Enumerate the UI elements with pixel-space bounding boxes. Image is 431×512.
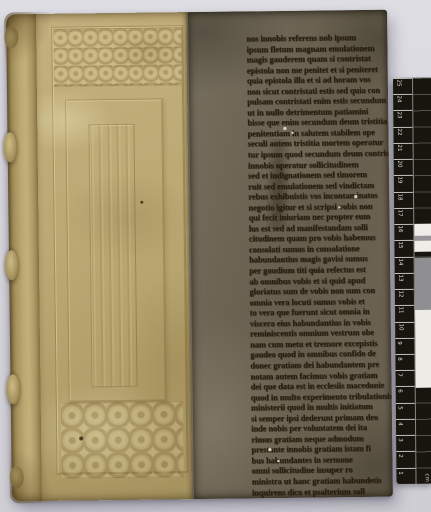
ruler-cm-cell: 11 — [395, 305, 414, 321]
ruler-cm-cell: 23 — [393, 110, 412, 126]
ruler-cm-cell: 12 — [395, 289, 414, 305]
ruler-number: 2 — [397, 455, 403, 459]
grayscale-patch-divider-line — [414, 236, 431, 241]
ruler-cm-cell: 7 — [396, 370, 415, 386]
ruler-cm-cell: 6 — [396, 386, 415, 402]
spine-endband-top — [4, 26, 18, 48]
ruler-number: 7 — [396, 373, 402, 377]
ruler-number: 8 — [396, 357, 402, 361]
manuscript-text-line: citudinem quam pro vobis habemus — [249, 231, 393, 244]
ruler-cm-cell: 15 — [394, 240, 413, 256]
ruler-number: 19 — [396, 177, 402, 184]
ruler-number: 25 — [396, 79, 402, 86]
ruler-cm-cell: 3 — [396, 435, 415, 451]
ruler-cm-cell: 22 — [393, 127, 412, 143]
ruler-cm-cell: 14 — [395, 256, 414, 272]
parchment-speck — [338, 206, 340, 208]
vellum-cover — [36, 12, 192, 501]
ruler-number: 21 — [396, 144, 402, 151]
ruler-number: 1 — [397, 471, 403, 475]
parchment-speck — [283, 127, 286, 130]
ruler-number: 23 — [396, 112, 402, 119]
ruler-unit-label: cm — [423, 474, 429, 482]
manuscript-text-line: gloriatus sum de vobis non sum con — [249, 284, 393, 297]
ruler-number: 24 — [396, 96, 402, 103]
manuscript-text-line: si semper ipsi dederunt primam deo — [251, 410, 393, 423]
ruler-number: 9 — [396, 341, 402, 345]
grayscale-patch-light — [415, 310, 431, 388]
ruler-number: 12 — [397, 290, 403, 297]
ruler-cm-cell: 21 — [394, 143, 413, 159]
ruler-cm-cell: 9 — [395, 338, 414, 354]
grayscale-reference-strip: cm — [413, 78, 431, 484]
manuscript-text-line: negotio igitur et si scripsi vobis non — [248, 199, 393, 212]
ruler-cm-cell: 13 — [395, 273, 414, 289]
cm-ruler: 2524232221201918171615141312111098765432… — [393, 78, 431, 484]
parchment-speck — [291, 132, 293, 134]
grayscale-patch-mid-gray — [415, 258, 431, 310]
ruler-number: 11 — [397, 307, 403, 314]
stamped-centre-panel — [65, 98, 167, 402]
ruler-cm-cell: 5 — [396, 403, 415, 419]
spine-endband-bottom — [10, 466, 24, 488]
ruler-number: 6 — [396, 390, 402, 394]
spine-raised-band — [5, 250, 18, 280]
ruler-cm-cell: 25 — [393, 78, 412, 94]
ruler-number: 5 — [397, 406, 403, 410]
stamped-ornament-band-top — [53, 27, 182, 87]
ruler-number: 4 — [397, 422, 403, 426]
parchment-speck — [278, 460, 280, 462]
manuscript-text-line: ministra ut hanc gratiam habundetis — [252, 474, 393, 487]
wormhole — [140, 201, 143, 204]
ruler-cm-cell: 2 — [396, 451, 415, 467]
wormhole — [79, 436, 83, 440]
ruler-cm-cell: 1 — [396, 467, 415, 483]
manuscript-text-line: inquirens dico et psalterium soll — [252, 484, 393, 497]
book-photo: nos innobis referens nob ipsumipsum flet… — [6, 10, 393, 502]
ruler-cm-cell: 4 — [396, 419, 415, 435]
spine-raised-band — [6, 374, 19, 404]
ruler-number: 13 — [397, 274, 403, 281]
stamped-centre-pillar — [88, 124, 137, 388]
manuscript-text-block: nos innobis referens nob ipsumipsum flet… — [246, 31, 393, 498]
ruler-cm-cell: 18 — [394, 191, 413, 207]
ruler-number: 3 — [397, 438, 403, 442]
ruler-number: 22 — [396, 128, 402, 135]
ruler-number: 14 — [397, 258, 403, 265]
manuscript-leaf: nos innobis referens nob ipsumipsum flet… — [186, 10, 393, 499]
spine-raised-band — [3, 132, 16, 162]
ruler-cm-cell: 20 — [394, 159, 413, 175]
manuscript-text-line: ipsum fletum magnam emulationem — [246, 41, 393, 54]
ruler-number: 16 — [397, 226, 403, 233]
ruler-number: 10 — [398, 323, 404, 330]
manuscript-text-line: pulsam contristati enim estis secundum — [247, 94, 393, 107]
ruler-cm-cell: 8 — [395, 354, 414, 370]
ruler-cm-cell: 19 — [394, 175, 413, 191]
ruler-cm-cell: 16 — [394, 224, 413, 240]
parchment-speck — [354, 195, 357, 198]
ruler-number: 15 — [397, 242, 403, 249]
manuscript-text-line: epistola non me penitet et si peniteret — [247, 62, 393, 75]
ruler-number: 18 — [397, 193, 403, 200]
ruler-cm-cell: 17 — [394, 208, 413, 224]
parchment-speck — [268, 448, 271, 451]
ruler-number: 17 — [397, 209, 403, 216]
ruler-number: 20 — [396, 161, 402, 168]
manuscript-text-line: tur ipsum quod secundum deum contristari — [248, 147, 393, 160]
ruler-cm-cell: 24 — [393, 94, 412, 110]
ruler-cm-cell: 10 — [395, 321, 414, 337]
